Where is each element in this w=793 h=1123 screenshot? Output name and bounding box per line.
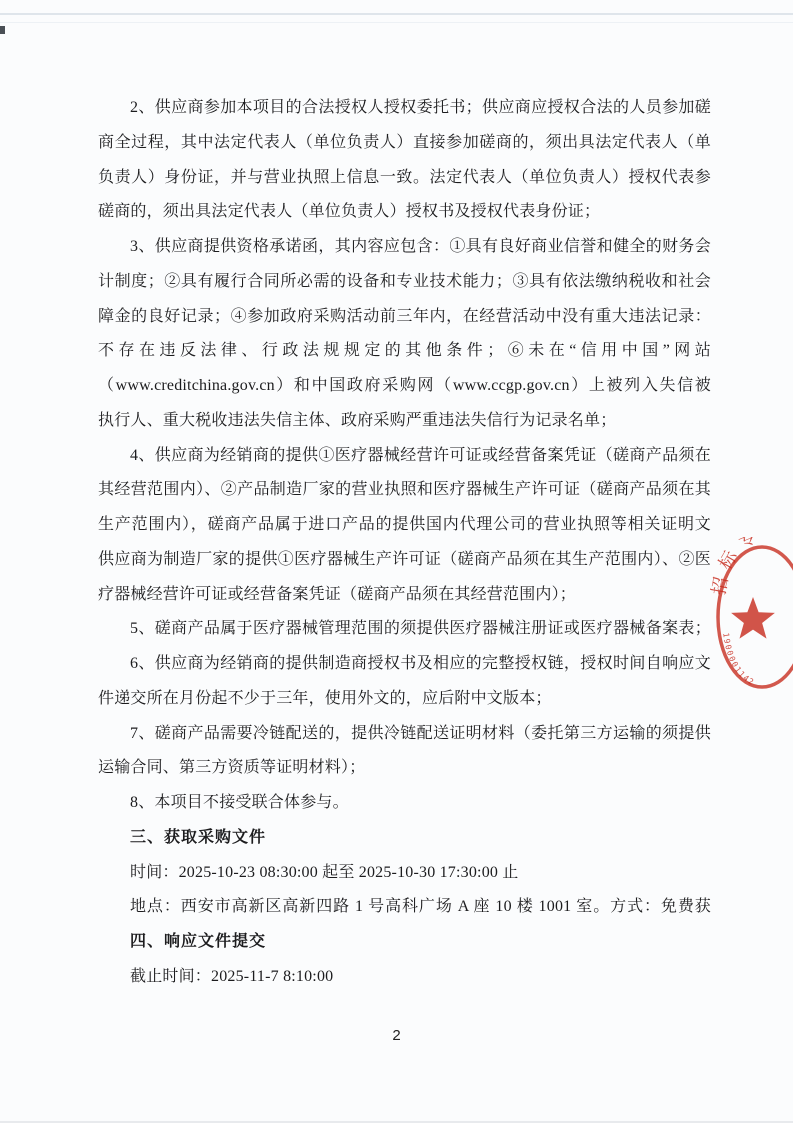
text-line: 地点：西安市高新区高新四路 1 号高科广场 A 座 10 楼 1001 室。方式…	[98, 890, 711, 925]
acquire-time: 时间：2025-10-23 08:30:00 起至 2025-10-30 17:…	[98, 856, 711, 891]
scanned-document-page: { "page": { "number": "2" }, "document":…	[0, 0, 793, 1123]
text-line: 运输合同、第三方资质等证明材料）；	[98, 751, 711, 786]
seal-border-ring	[718, 547, 793, 687]
submit-deadline: 截止时间：2025-11-7 8:10:00	[98, 960, 711, 995]
clause-6-manufacturer-authorization: 6、供应商为经销商的提供制造商授权书及相应的完整授权链，授权时间自响应文件递交所…	[98, 647, 711, 717]
text-line: 2、供应商参加本项目的合法授权人授权委托书；供应商应授权合法的人员参加磋	[98, 91, 711, 126]
seal-top-text: 招标专	[709, 537, 766, 597]
text-line: 疗器械经营许可证或经营备案凭证（磋商产品须在其经营范围内）；	[98, 578, 711, 613]
text-line: 时间：2025-10-23 08:30:00 起至 2025-10-30 17:…	[98, 856, 711, 891]
text-line: 磋商的，须出具法定代表人（单位负责人）授权书及授权代表身份证；	[98, 195, 711, 230]
page-number: 2	[0, 1027, 793, 1044]
text-line: 三、获取采购文件	[98, 821, 711, 856]
section-4-heading: 四、响应文件提交	[98, 925, 711, 960]
clause-4-licenses: 4、供应商为经销商的提供①医疗器械经营许可证或经营备案凭证（磋商产品须在其经营范…	[98, 439, 711, 613]
document-body: 2、供应商参加本项目的合法授权人授权委托书；供应商应授权合法的人员参加磋商全过程…	[98, 91, 711, 995]
text-line: 生产范围内），磋商产品属于进口产品的提供国内代理公司的营业执照等相关证明文件；	[98, 508, 711, 543]
text-line: 5、磋商产品属于医疗器械管理范围的须提供医疗器械注册证或医疗器械备案表；	[98, 612, 711, 647]
text-line: 7、磋商产品需要冷链配送的，提供冷链配送证明材料（委托第三方运输的须提供	[98, 717, 711, 752]
text-line: 计制度；②具有履行合同所必需的设备和专业技术能力；③具有依法缴纳税收和社会保	[98, 265, 711, 300]
text-line: 障金的良好记录；④参加政府采购活动前三年内，在经营活动中没有重大违法记录：⑤	[98, 300, 711, 335]
text-line: 8、本项目不接受联合体参与。	[98, 786, 711, 821]
text-line: 四、响应文件提交	[98, 925, 711, 960]
text-line: 6、供应商为经销商的提供制造商授权书及相应的完整授权链，授权时间自响应文	[98, 647, 711, 682]
scan-artifact-mark	[0, 26, 5, 34]
text-line: 4、供应商为经销商的提供①医疗器械经营许可证或经营备案凭证（磋商产品须在	[98, 439, 711, 474]
text-line: 执行人、重大税收违法失信主体、政府采购严重违法失信行为记录名单；	[98, 404, 711, 439]
scan-artifact-line-faint	[0, 22, 793, 23]
scan-artifact-line	[0, 13, 793, 15]
clause-8-no-consortium: 8、本项目不接受联合体参与。	[98, 786, 711, 821]
text-line: 商全过程，其中法定代表人（单位负责人）直接参加磋商的，须出具法定代表人（单位	[98, 126, 711, 161]
seal-star-icon	[731, 597, 775, 639]
clause-2-authorization: 2、供应商参加本项目的合法授权人授权委托书；供应商应授权合法的人员参加磋商全过程…	[98, 91, 711, 230]
text-line: 不存在违反法律、行政法规规定的其他条件；⑥未在“信用中国”网站	[98, 334, 711, 369]
text-line: 件递交所在月份起不少于三年，使用外文的，应后附中文版本；	[98, 682, 711, 717]
text-line: 供应商为制造厂家的提供①医疗器械生产许可证（磋商产品须在其生产范围内）、②医	[98, 543, 711, 578]
red-tender-seal: 招标专 1900001142	[703, 537, 793, 699]
seal-serial-number: 1900001142	[721, 632, 756, 687]
text-line: （www.creditchina.gov.cn）和中国政府采购网（www.ccg…	[98, 369, 711, 404]
text-line: 3、供应商提供资格承诺函，其内容应包含：①具有良好商业信誉和健全的财务会	[98, 230, 711, 265]
clause-3-qualification-letter: 3、供应商提供资格承诺函，其内容应包含：①具有良好商业信誉和健全的财务会计制度；…	[98, 230, 711, 439]
text-line: 负责人）身份证，并与营业执照上信息一致。法定代表人（单位负责人）授权代表参加	[98, 161, 711, 196]
section-3-heading: 三、获取采购文件	[98, 821, 711, 856]
clause-5-registration: 5、磋商产品属于医疗器械管理范围的须提供医疗器械注册证或医疗器械备案表；	[98, 612, 711, 647]
text-line: 其经营范围内）、②产品制造厂家的营业执照和医疗器械生产许可证（磋商产品须在其	[98, 473, 711, 508]
clause-7-cold-chain: 7、磋商产品需要冷链配送的，提供冷链配送证明材料（委托第三方运输的须提供运输合同…	[98, 717, 711, 787]
acquire-place: 地点：西安市高新区高新四路 1 号高科广场 A 座 10 楼 1001 室。方式…	[98, 890, 711, 925]
text-line: 截止时间：2025-11-7 8:10:00	[98, 960, 711, 995]
